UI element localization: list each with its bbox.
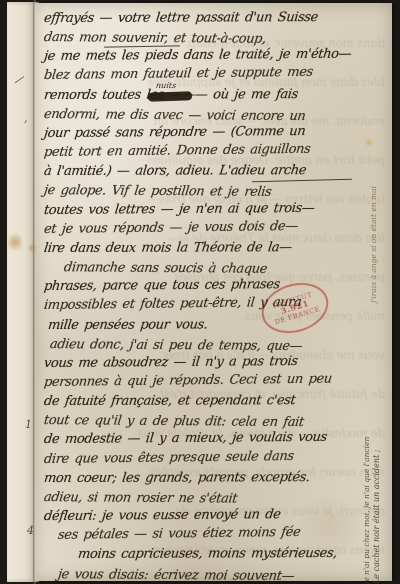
margin-note-upper-right: j'irais à ange si on était en mai <box>369 128 378 303</box>
margin-pen-mark: , <box>24 112 28 125</box>
handwritten-line: je vous disais: écrivez moi souvent— <box>43 565 393 584</box>
handwritten-line: personnes à qui je réponds. Ceci est un … <box>43 369 394 392</box>
handwritten-line: et je vous réponds — je vous dois de— <box>43 215 394 238</box>
handwritten-line: impossibles et foltes peut-être, il y au… <box>43 292 394 315</box>
handwritten-line: blez dans mon fauteuil et je suppute mes <box>43 62 394 85</box>
margin-note-lower-right-line1: Le cachet noir était un accident ; <box>372 388 381 584</box>
handwritten-line: mille pensées pour vous. <box>43 314 393 334</box>
inserted-correction-word: nuits <box>155 81 176 90</box>
margin-pen-mark: 4 <box>27 524 34 537</box>
handwritten-line: petit tort en amitié. Donne des aiguillo… <box>43 139 394 162</box>
handwritten-line: moins capricieuses, moins mystérieuses, <box>43 544 393 564</box>
handwritten-line: lire dans deux mois la Théorie de la— <box>43 238 393 258</box>
handwritten-line: effrayés — votre lettre passait d'un Sui… <box>43 8 393 28</box>
fold-crease <box>33 0 36 584</box>
handwritten-line: remords toutes les ——— où je me fais <box>43 84 393 104</box>
margin-pen-mark: 1 <box>25 418 32 431</box>
handwritten-line: ses pétales — si vous étiez moins fée <box>43 522 394 545</box>
letter-lines: effrayés — votre lettre passait d'un Sui… <box>44 9 392 584</box>
margin-note-lower-right-line2: je n'ai pu chez moi, je n'ai que l'ancie… <box>362 400 371 584</box>
handwritten-line: mon coeur; les grands, parents exceptés. <box>43 468 393 488</box>
handwritten-line: de fatuité française, et cependant c'est <box>43 391 393 411</box>
manuscript-photo: dans mon souvenir, et tout-à-coup,blez d… <box>0 0 400 584</box>
crossed-out-word-blot <box>148 91 192 102</box>
handwritten-line: dire que vous êtes presque seule dans <box>43 445 394 468</box>
